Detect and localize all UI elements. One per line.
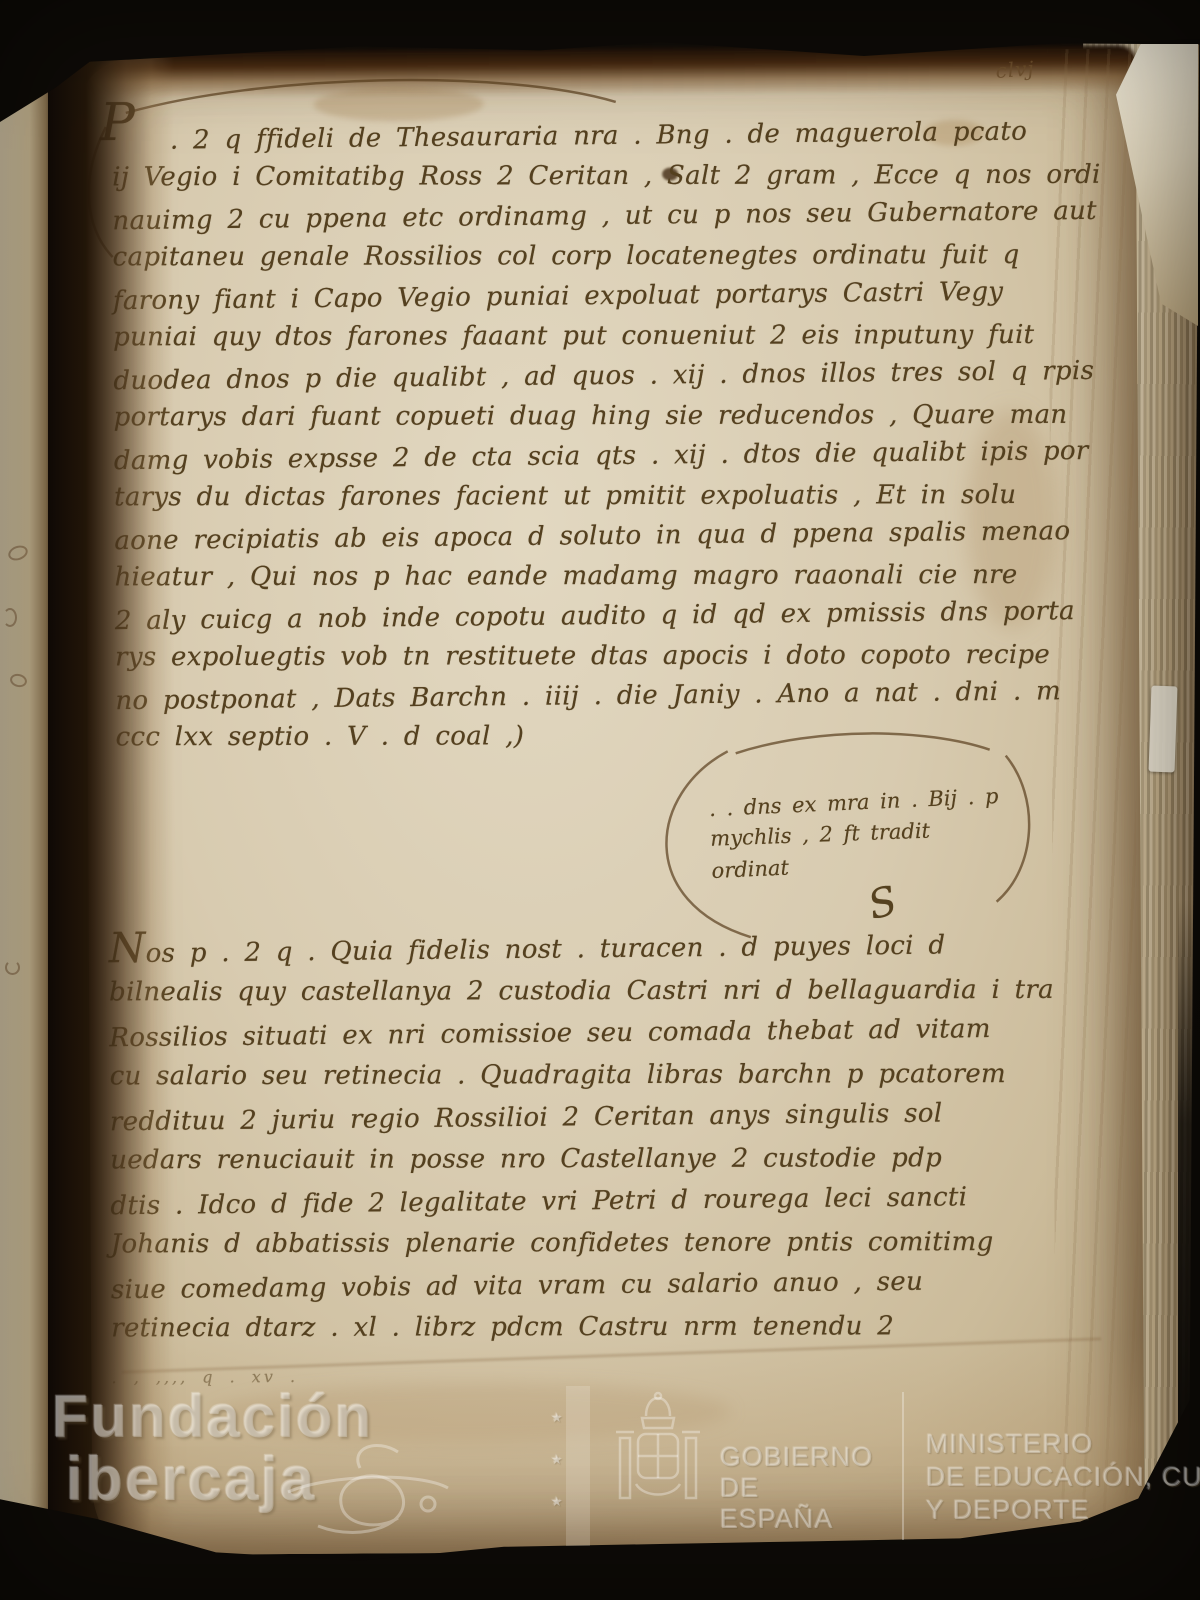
manuscript-line: Rossilios situati ex nri comissioe seu c… xyxy=(109,1007,1099,1059)
manuscript-line: . 2 q ffideli de Thesauraria nra . Bng .… xyxy=(112,111,1092,161)
manuscript-line: tarys du dictas farones facient ut pmiti… xyxy=(114,475,1094,518)
eu-stars-bar-icon: ★ ★ ★ xyxy=(566,1386,590,1546)
ink-fragment xyxy=(3,608,17,627)
watermark-divider xyxy=(902,1392,904,1540)
manuscript-line: hieatur , Qui nos p hac eande madamg mag… xyxy=(115,555,1095,598)
ibercaja-watermark: Fundación ibercaja xyxy=(52,1386,373,1512)
manuscript-line: ij Vegio i Comitatibg Ross 2 Ceritan , S… xyxy=(112,155,1092,198)
manuscript-line: farony fiant i Capo Vegio puniai expolua… xyxy=(113,271,1093,321)
gobierno-label: GOBIERNO DE ESPAÑA xyxy=(720,1442,874,1535)
star-icon: ★ xyxy=(551,1410,563,1426)
book-gutter-shadow xyxy=(48,58,174,1542)
manuscript-line: Johanis d abbatissis plenarie confidetes… xyxy=(111,1221,1101,1266)
manuscript-line: aone recipiatis ab eis apoca d soluto in… xyxy=(114,511,1094,561)
manuscript-line: cu salario seu retinecia . Quadragita li… xyxy=(110,1053,1100,1098)
manuscript-line: no postponat , Dats Barchn . iiij . die … xyxy=(115,671,1095,721)
manuscript-line: nauimg 2 cu ppena etc ordinamg , ut cu p… xyxy=(112,191,1092,241)
manuscript-line: rys expoluegtis vob tn restituete dtas a… xyxy=(115,635,1095,678)
notarial-flourish: S xyxy=(866,885,900,922)
ministerio-line1: MINISTERIO xyxy=(926,1428,1200,1461)
ministerio-line3: Y DEPORTE xyxy=(926,1494,1200,1527)
annotation-lines: . . dns ex mra in . Bij . pmychlis , 2 f… xyxy=(708,779,1052,886)
gobierno-line2: DE ESPAÑA xyxy=(720,1473,874,1535)
marginal-annotation: . . dns ex mra in . Bij . pmychlis , 2 f… xyxy=(708,779,1052,886)
manuscript-page: clvj P . 2 q ffideli de Thesauraria nra … xyxy=(83,49,1144,1555)
text-lines: Nos p . 2 q . Quia fidelis nost . turace… xyxy=(109,925,1102,1351)
manuscript-line: portarys dari fuant copueti duag hing si… xyxy=(114,395,1094,438)
gobierno-line1: GOBIERNO xyxy=(720,1442,874,1473)
manuscript-line: siue comedamg vobis ad vita vram cu sala… xyxy=(111,1259,1101,1311)
folio-number: clvj xyxy=(995,56,1036,83)
manuscript-line: uedars renuciauit in posse nro Castellan… xyxy=(110,1137,1100,1182)
ink-fragment xyxy=(6,543,30,563)
manuscript-line: bilnealis quy castellanya 2 custodia Cas… xyxy=(109,969,1099,1014)
manuscript-line: damg vobis expsse 2 de cta scia qts . xi… xyxy=(114,431,1094,481)
manuscript-line: Nos p . 2 q . Quia fidelis nost . turace… xyxy=(109,923,1099,975)
manuscript-line: dtis . Idco d fide 2 legalitate vri Petr… xyxy=(110,1175,1100,1227)
manuscript-line: capitaneu genale Rossilios col corp loca… xyxy=(113,235,1093,278)
text-block-2: Nos p . 2 q . Quia fidelis nost . turace… xyxy=(109,925,1102,1399)
ministerio-line2: DE EDUCACIÓN, CULTURA xyxy=(926,1461,1200,1494)
fore-edge-tab xyxy=(1149,686,1178,773)
facing-page-edge xyxy=(0,76,54,1524)
ibercaja-swirl-logo-icon xyxy=(280,1430,460,1550)
text-lines: . 2 q ffideli de Thesauraria nra . Bng .… xyxy=(112,113,1096,759)
manuscript-line: duodea dnos p die qualibt , ad quos . xi… xyxy=(113,351,1093,401)
spain-coat-of-arms-icon xyxy=(608,1388,708,1546)
text-block-1: P . 2 q ffideli de Thesauraria nra . Bng… xyxy=(112,113,1096,759)
ministerio-label: MINISTERIO DE EDUCACIÓN, CULTURA Y DEPOR… xyxy=(926,1428,1200,1527)
manuscript-photo: clvj P . 2 q ffideli de Thesauraria nra … xyxy=(0,0,1200,1600)
ink-fragment xyxy=(9,672,29,689)
manuscript-line: ccc lxx septio . V . d coal ,) xyxy=(116,715,1096,758)
manuscript-line: 2 aly cuicg a nob inde copotu audito q i… xyxy=(115,591,1095,641)
star-icon: ★ xyxy=(551,1494,563,1510)
manuscript-line: puniai quy dtos farones faaant put conue… xyxy=(113,315,1093,358)
backdrop-right xyxy=(1178,900,1200,1460)
manuscript-line: reddituu 2 juriu regio Rossilioi 2 Cerit… xyxy=(110,1091,1100,1143)
star-icon: ★ xyxy=(551,1452,563,1468)
ink-fragment xyxy=(5,960,20,975)
